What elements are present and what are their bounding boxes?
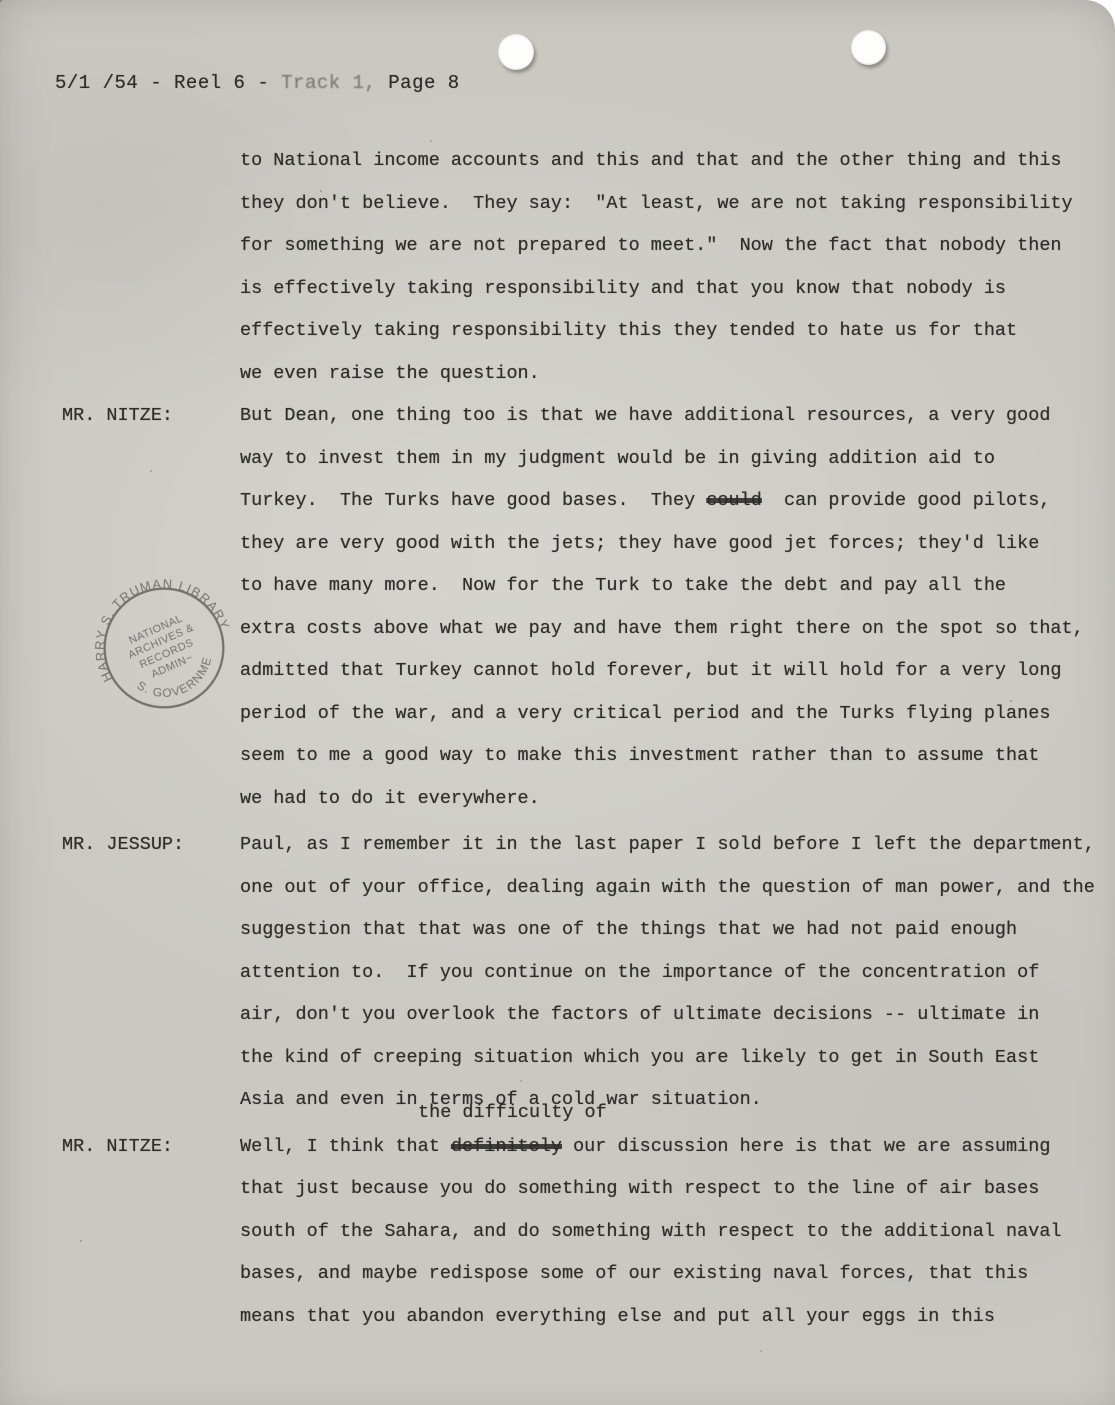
- paragraph: MR. JESSUP:Paul, as I remember it in the…: [0, 824, 1115, 1122]
- speaker-label: MR. NITZE:: [62, 1126, 173, 1169]
- interline-insertion: the difficulty of: [418, 1103, 607, 1123]
- transcript-line: admitted that Turkey cannot hold forever…: [240, 650, 1115, 693]
- transcript-line: is effectively taking responsibility and…: [240, 268, 1115, 311]
- transcript-line: period of the war, and a very critical p…: [240, 693, 1115, 736]
- transcript-line: seem to me a good way to make this inves…: [240, 735, 1115, 778]
- transcript-line: they are very good with the jets; they h…: [240, 523, 1115, 566]
- transcript-line: Well, I think that definitely our discus…: [240, 1126, 1115, 1169]
- header-segment: Page 8: [376, 72, 459, 94]
- transcript-line: But Dean, one thing too is that we have …: [240, 395, 1115, 438]
- page-header: 5/1 /54 - Reel 6 - Track 1, Page 8: [55, 72, 460, 94]
- transcript-line: Paul, as I remember it in the last paper…: [240, 824, 1115, 867]
- punch-hole-left: [498, 34, 534, 70]
- text-segment: Well, I think that: [240, 1136, 451, 1157]
- text-segment: can provide good pilots,: [762, 490, 1051, 511]
- paragraph: to National income accounts and this and…: [0, 140, 1115, 395]
- transcript-line: bases, and maybe redispose some of our e…: [240, 1253, 1115, 1296]
- transcript-line: extra costs above what we pay and have t…: [240, 608, 1115, 651]
- transcript-line: Asia and even in terms of a cold war sit…: [240, 1079, 1115, 1122]
- transcript-line: one out of your office, dealing again wi…: [240, 867, 1115, 910]
- transcript-line: the kind of creeping situation which you…: [240, 1037, 1115, 1080]
- transcript-line: that just because you do something with …: [240, 1168, 1115, 1211]
- text-segment: Turkey. The Turks have good bases. They: [240, 490, 706, 511]
- text-segment: our discussion here is that we are assum…: [562, 1136, 1050, 1157]
- transcript-line: to National income accounts and this and…: [240, 140, 1115, 183]
- punch-hole-right: [851, 30, 886, 65]
- transcript: to National income accounts and this and…: [0, 140, 1115, 1338]
- header-faded-segment: Track 1,: [281, 72, 376, 94]
- header-segment: 5/1 /54 - Reel 6 -: [55, 72, 281, 94]
- strikethrough-text: could: [706, 490, 762, 511]
- scanned-document-page: 5/1 /54 - Reel 6 - Track 1, Page 8 HARRY…: [0, 0, 1115, 1405]
- transcript-line: air, don't you overlook the factors of u…: [240, 994, 1115, 1037]
- paragraph: MR. NITZE:But Dean, one thing too is tha…: [0, 395, 1115, 820]
- transcript-line: effectively taking responsibility this t…: [240, 310, 1115, 353]
- transcript-line: we even raise the question.: [240, 353, 1115, 396]
- transcript-line: means that you abandon everything else a…: [240, 1296, 1115, 1339]
- transcript-line: suggestion that that was one of the thin…: [240, 909, 1115, 952]
- transcript-line: south of the Sahara, and do something wi…: [240, 1211, 1115, 1254]
- transcript-line: way to invest them in my judgment would …: [240, 438, 1115, 481]
- transcript-line: we had to do it everywhere.: [240, 778, 1115, 821]
- transcript-line: for something we are not prepared to mee…: [240, 225, 1115, 268]
- transcript-line: to have many more. Now for the Turk to t…: [240, 565, 1115, 608]
- paper-specks: [0, 0, 2, 2]
- transcript-line: Turkey. The Turks have good bases. They …: [240, 480, 1115, 523]
- speaker-label: MR. JESSUP:: [62, 824, 184, 867]
- transcript-line: they don't believe. They say: "At least,…: [240, 183, 1115, 226]
- transcript-line: attention to. If you continue on the imp…: [240, 952, 1115, 995]
- paragraph: MR. NITZE:the difficulty ofWell, I think…: [0, 1126, 1115, 1339]
- speaker-label: MR. NITZE:: [62, 395, 173, 438]
- strikethrough-text: definitely: [451, 1136, 562, 1157]
